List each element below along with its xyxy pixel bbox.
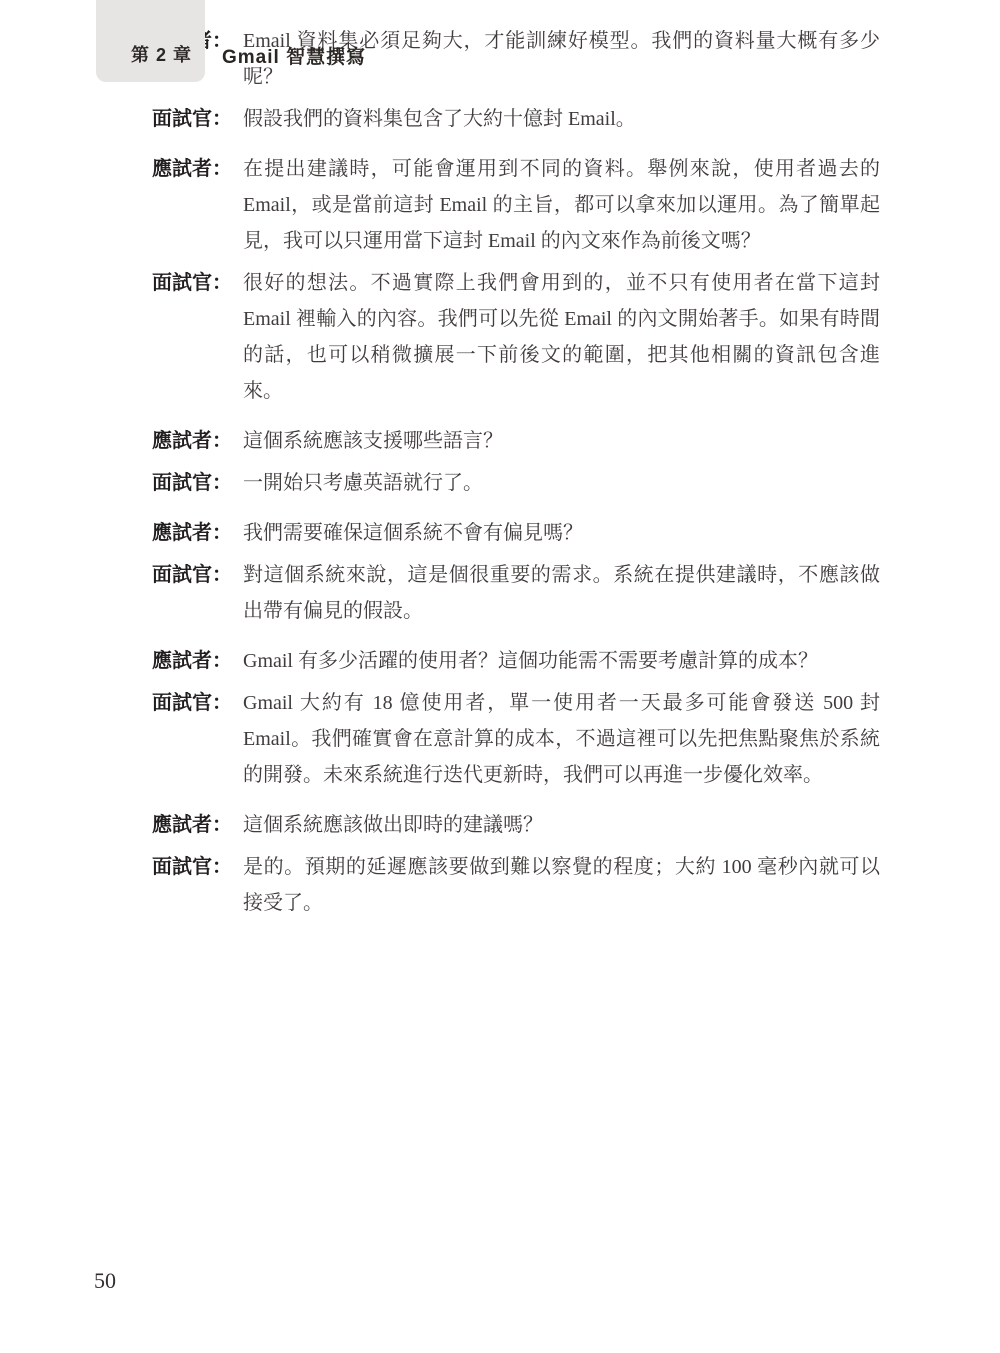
utterance-text: Gmail 大約有 18 億使用者，單一使用者一天最多可能會發送 500 封 E… xyxy=(243,685,880,793)
dialogue-turn: 應試者： 這個系統應該支援哪些語言？ xyxy=(152,423,880,459)
chapter-tab: 第 2 章 xyxy=(96,0,205,82)
dialogue-turn: 應試者： 這個系統應該做出即時的建議嗎？ xyxy=(152,807,880,843)
speaker-label: 應試者： xyxy=(152,151,243,187)
speaker-label: 面試官： xyxy=(152,685,243,721)
dialogue-turn: 面試官： 對這個系統來說，這是個很重要的需求。系統在提供建議時，不應該做出帶有偏… xyxy=(152,557,880,629)
speaker-label: 面試官： xyxy=(152,101,243,137)
utterance-text: 一開始只考慮英語就行了。 xyxy=(243,465,880,501)
chapter-number-label: 第 2 章 xyxy=(131,41,192,67)
speaker-label: 面試官： xyxy=(152,849,243,885)
book-page: 第 2 章 Gmail 智慧撰寫 應試者： Email 資料集必須足夠大，才能訓… xyxy=(0,23,1000,921)
utterance-text: 這個系統應該支援哪些語言？ xyxy=(243,423,880,459)
utterance-text: Gmail 有多少活躍的使用者？這個功能需不需要考慮計算的成本？ xyxy=(243,643,880,679)
dialogue-turn: 面試官： 是的。預期的延遲應該要做到難以察覺的程度；大約 100 毫秒內就可以接… xyxy=(152,849,880,921)
speaker-label: 應試者： xyxy=(152,643,243,679)
speaker-label: 面試官： xyxy=(152,465,243,501)
speaker-label: 面試官： xyxy=(152,557,243,593)
dialogue-turn: 應試者： 我們需要確保這個系統不會有偏見嗎？ xyxy=(152,515,880,551)
page-number: 50 xyxy=(94,1268,116,1294)
dialogue-turn: 面試官： 一開始只考慮英語就行了。 xyxy=(152,465,880,501)
dialogue-turn: 面試官： Gmail 大約有 18 億使用者，單一使用者一天最多可能會發送 50… xyxy=(152,685,880,793)
speaker-label: 面試官： xyxy=(152,265,243,301)
dialogue-turn: 面試官： 很好的想法。不過實際上我們會用到的，並不只有使用者在當下這封 Emai… xyxy=(152,265,880,409)
utterance-text: 對這個系統來說，這是個很重要的需求。系統在提供建議時，不應該做出帶有偏見的假設。 xyxy=(243,557,880,629)
dialogue-turn: 應試者： Gmail 有多少活躍的使用者？這個功能需不需要考慮計算的成本？ xyxy=(152,643,880,679)
speaker-label: 應試者： xyxy=(152,807,243,843)
utterance-text: 很好的想法。不過實際上我們會用到的，並不只有使用者在當下這封 Email 裡輸入… xyxy=(243,265,880,409)
dialogue-turn: 應試者： 在提出建議時，可能會運用到不同的資料。舉例來說，使用者過去的 Emai… xyxy=(152,151,880,259)
utterance-text: 假設我們的資料集包含了大約十億封 Email。 xyxy=(243,101,880,137)
dialogue-section: 應試者： Email 資料集必須足夠大，才能訓練好模型。我們的資料量大概有多少呢… xyxy=(152,23,880,921)
speaker-label: 應試者： xyxy=(152,423,243,459)
utterance-text: 是的。預期的延遲應該要做到難以察覺的程度；大約 100 毫秒內就可以接受了。 xyxy=(243,849,880,921)
speaker-label: 應試者： xyxy=(152,515,243,551)
utterance-text: 這個系統應該做出即時的建議嗎？ xyxy=(243,807,880,843)
dialogue-turn: 面試官： 假設我們的資料集包含了大約十億封 Email。 xyxy=(152,101,880,137)
utterance-text: 在提出建議時，可能會運用到不同的資料。舉例來說，使用者過去的 Email，或是當… xyxy=(243,151,880,259)
utterance-text: 我們需要確保這個系統不會有偏見嗎？ xyxy=(243,515,880,551)
chapter-title: Gmail 智慧撰寫 xyxy=(222,42,366,69)
